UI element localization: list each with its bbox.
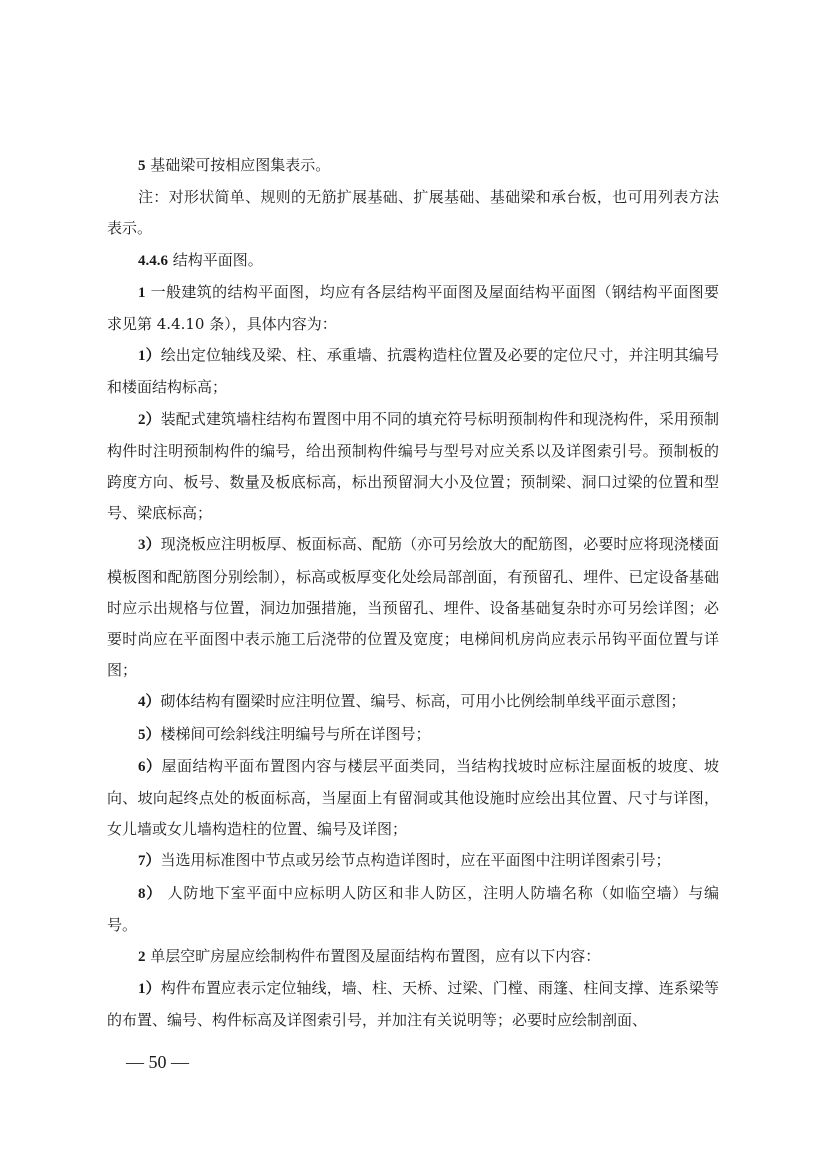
paragraph-text: 现浇板应注明板厚、板面标高、配筋（亦可另绘放大的配筋图，必要时应将现浇楼面模板图…: [107, 535, 719, 679]
paragraph-text: 绘出定位轴线及梁、柱、承重墙、抗震构造柱位置及必要的定位尺寸，并注明其编号和楼面…: [107, 346, 719, 396]
item-number: 1）: [138, 981, 161, 997]
paragraph-subitem-3: 3）现浇板应注明板厚、板面标高、配筋（亦可另绘放大的配筋图，必要时应将现浇楼面模…: [107, 529, 719, 686]
item-number: 1: [138, 285, 146, 301]
section-number: 4.4.6: [138, 253, 168, 269]
item-number: 4）: [138, 694, 161, 710]
paragraph-text: 基础梁可按相应图集表示。: [146, 156, 331, 174]
item-number: 8）: [138, 886, 162, 902]
paragraph-text: 单层空旷房屋应绘制构件布置图及屋面结构布置图，应有以下内容：: [146, 947, 601, 965]
paragraph-text: 当选用标准图中节点或另绘节点构造详图时，应在平面图中注明详图索引号；: [161, 851, 671, 869]
paragraph-text: 注：对形状简单、规则的无筋扩展基础、扩展基础、基础梁和承台板，也可用列表方法表示…: [107, 188, 719, 237]
item-number: 2）: [138, 412, 161, 428]
paragraph-item-1: 1 一般建筑的结构平面图，均应有各层结构平面图及屋面结构平面图（钢结构平面图要求…: [107, 277, 719, 340]
paragraph-item-2: 2 单层空旷房屋应绘制构件布置图及屋面结构布置图，应有以下内容：: [107, 941, 719, 973]
paragraph-subitem-1: 1）绘出定位轴线及梁、柱、承重墙、抗震构造柱位置及必要的定位尺寸，并注明其编号和…: [107, 340, 719, 403]
section-title: 结构平面图。: [168, 251, 263, 269]
item-number: 7）: [138, 853, 161, 869]
paragraph-note: 注：对形状简单、规则的无筋扩展基础、扩展基础、基础梁和承台板，也可用列表方法表示…: [107, 182, 719, 244]
item-number: 3）: [138, 537, 161, 553]
paragraph-subitem-4: 4）砌体结构有圈梁时应注明位置、编号、标高，可用小比例绘制单线平面示意图；: [107, 686, 719, 718]
paragraph-text: 人防地下室平面中应标明人防区和非人防区，注明人防墙名称（如临空墙）与编号。: [107, 884, 719, 934]
paragraph-subitem-7: 7）当选用标准图中节点或另绘节点构造详图时，应在平面图中注明详图索引号；: [107, 845, 719, 877]
paragraph-text: 屋面结构平面布置图内容与楼层平面类同，当结构找坡时应标注屋面板的坡度、坡向、坡向…: [107, 757, 719, 838]
page-number: — 50 —: [126, 1052, 189, 1073]
paragraph-subitem-8: 8） 人防地下室平面中应标明人防区和非人防区，注明人防墙名称（如临空墙）与编号。: [107, 878, 719, 941]
paragraph-item-2-subitem-1: 1）构件布置应表示定位轴线，墙、柱、天桥、过梁、门樘、雨篷、柱间支撑、连系梁等的…: [107, 973, 719, 1036]
item-number: 2: [138, 949, 146, 965]
item-number: 6）: [138, 759, 162, 775]
document-page: 5 基础梁可按相应图集表示。 注：对形状简单、规则的无筋扩展基础、扩展基础、基础…: [107, 150, 719, 1037]
item-number: 1）: [138, 348, 161, 364]
item-number: 5: [138, 158, 146, 174]
section-heading-4-4-6: 4.4.6 结构平面图。: [107, 245, 719, 277]
paragraph-foundation-beam: 5 基础梁可按相应图集表示。: [107, 150, 719, 182]
paragraph-text: 一般建筑的结构平面图，均应有各层结构平面图及屋面结构平面图（钢结构平面图要求见第…: [107, 283, 719, 333]
paragraph-text: 砌体结构有圈梁时应注明位置、编号、标高，可用小比例绘制单线平面示意图；: [161, 692, 686, 710]
paragraph-text: 装配式建筑墙柱结构布置图中用不同的填充符号标明预制构件和现浇构件，采用预制构件时…: [107, 410, 719, 523]
item-number: 5）: [138, 727, 161, 743]
paragraph-subitem-6: 6）屋面结构平面布置图内容与楼层平面类同，当结构找坡时应标注屋面板的坡度、坡向、…: [107, 751, 719, 846]
paragraph-text: 楼梯间可绘斜线注明编号与所在详图号；: [161, 725, 431, 743]
paragraph-text: 构件布置应表示定位轴线，墙、柱、天桥、过梁、门樘、雨篷、柱间支撑、连系梁等的布置…: [107, 979, 719, 1029]
paragraph-subitem-5: 5）楼梯间可绘斜线注明编号与所在详图号；: [107, 719, 719, 751]
paragraph-subitem-2: 2）装配式建筑墙柱结构布置图中用不同的填充符号标明预制构件和现浇构件，采用预制构…: [107, 404, 719, 530]
